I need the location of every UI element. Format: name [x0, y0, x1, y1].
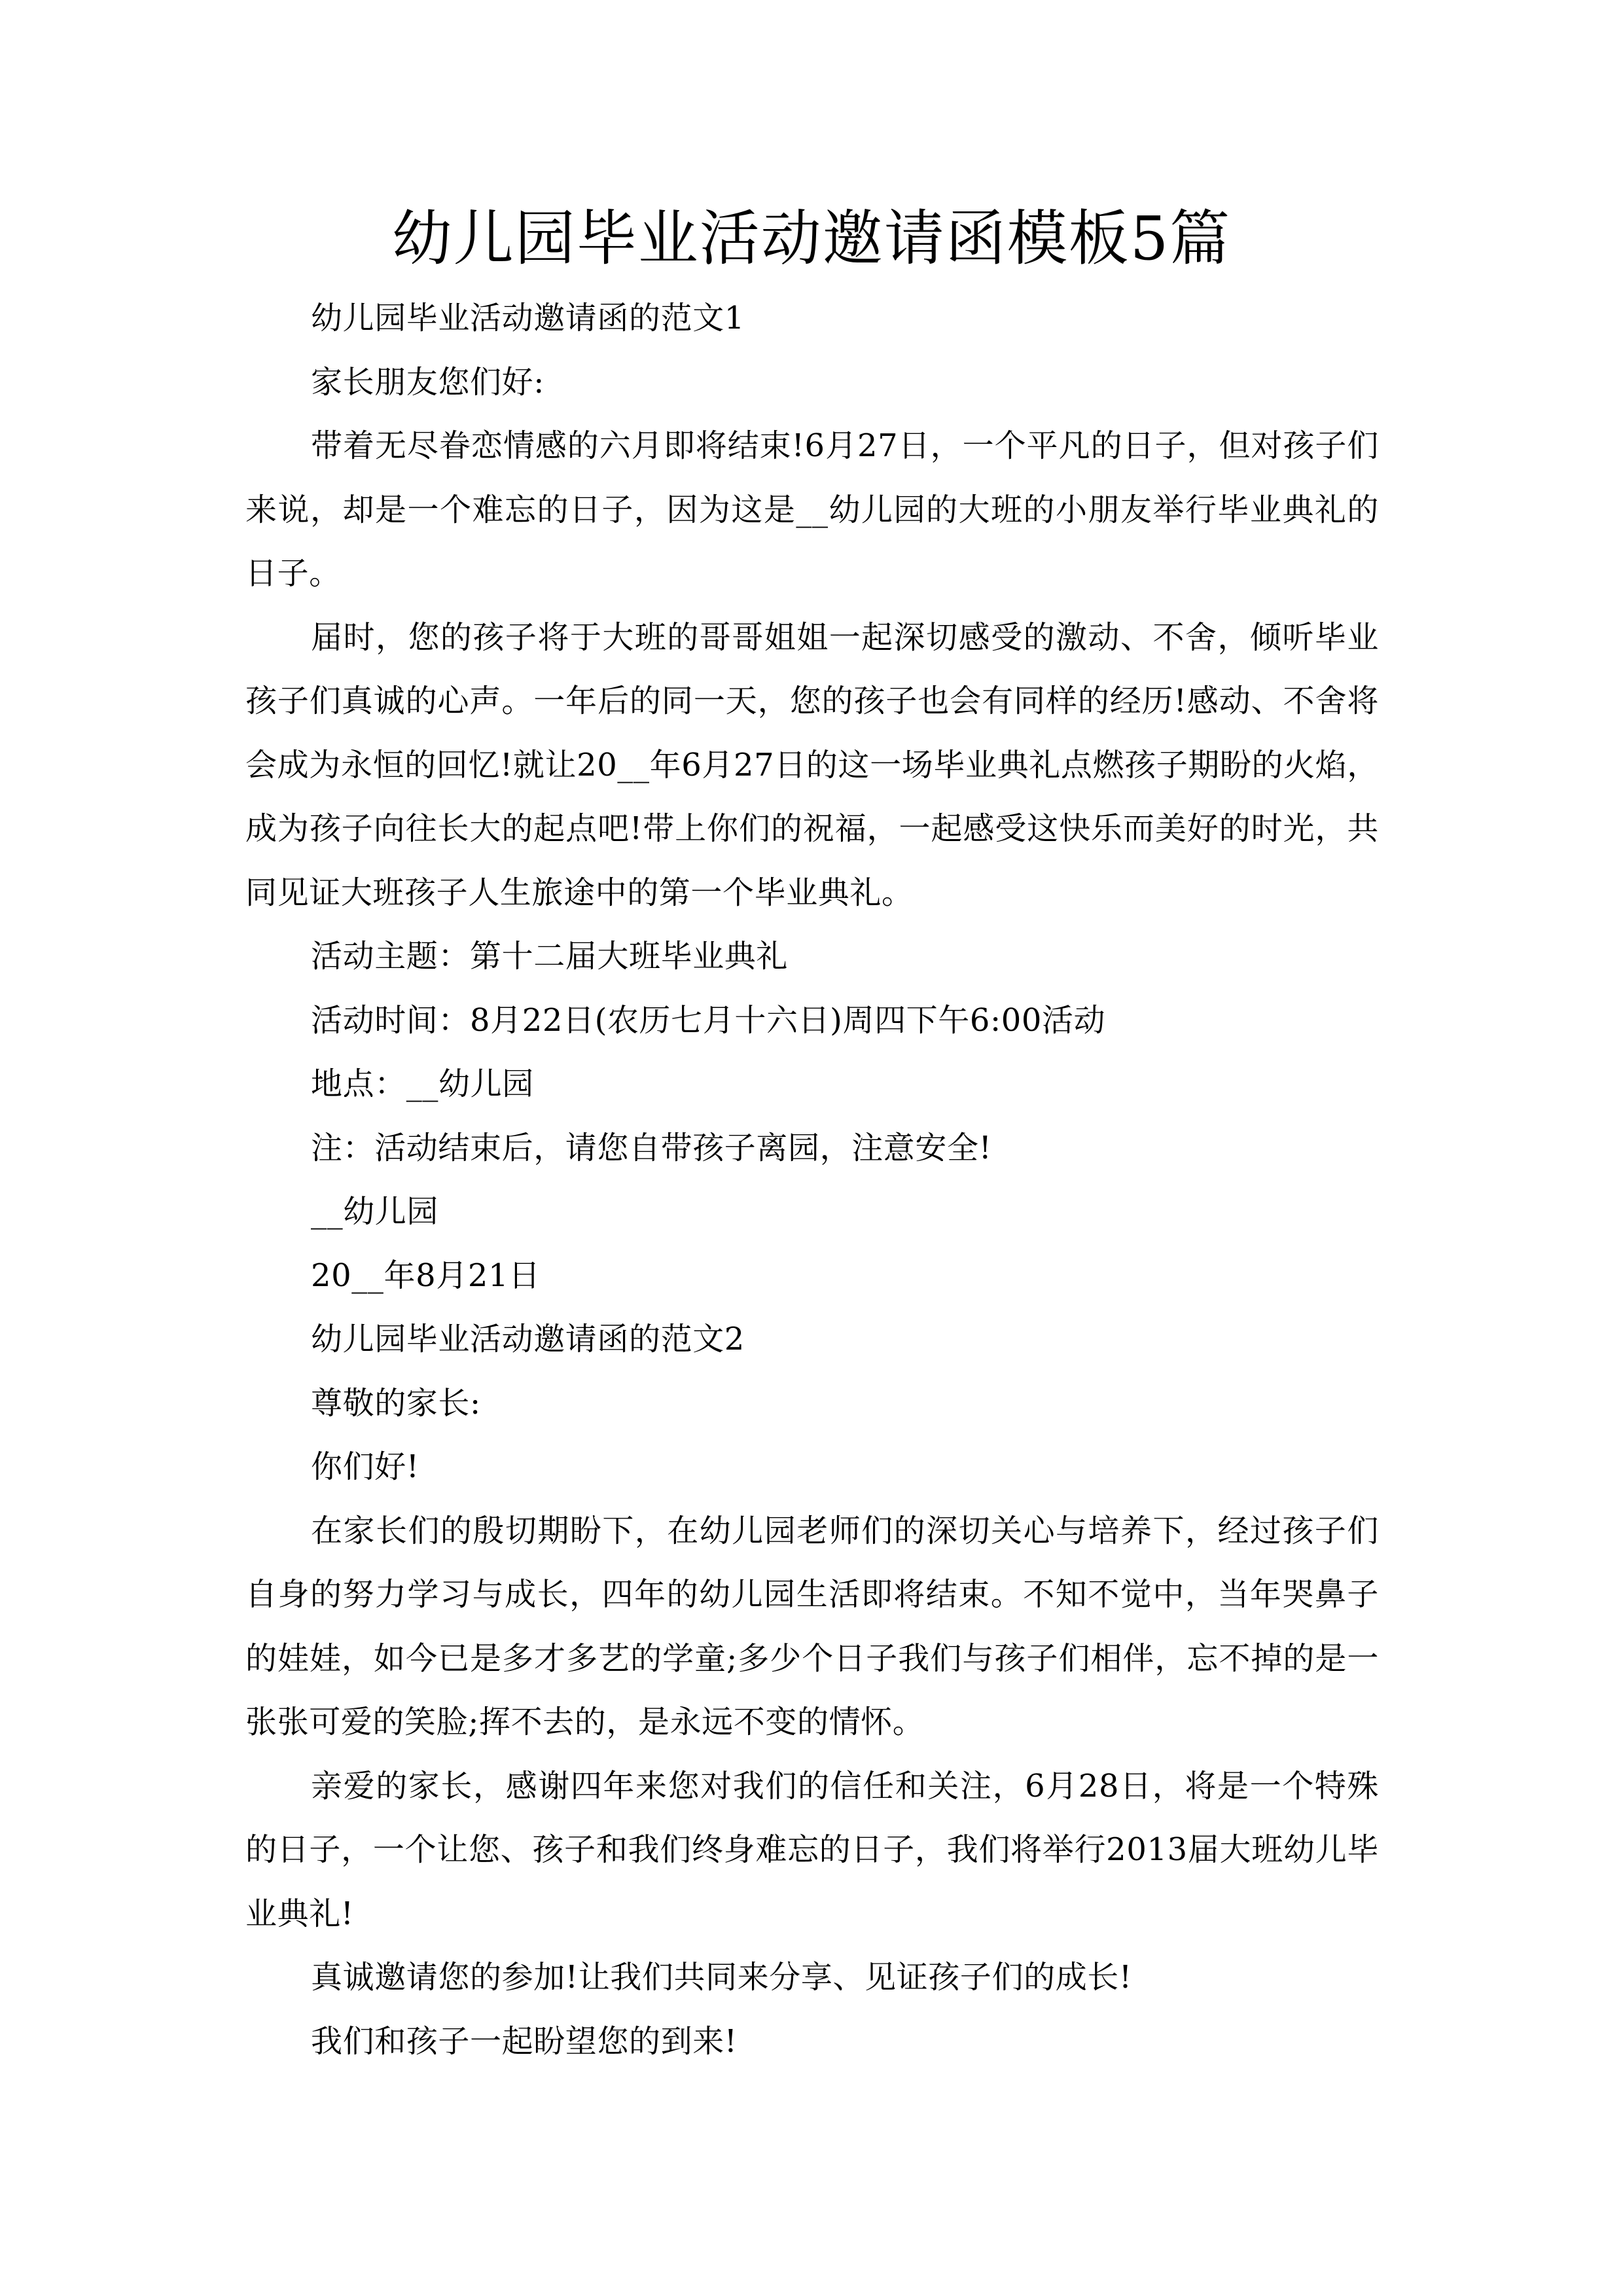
activity-theme: 活动主题：第十二届大班毕业典礼 — [245, 925, 1379, 989]
salutation-2: 尊敬的家长: — [245, 1372, 1379, 1436]
section-heading-2: 幼儿园毕业活动邀请函的范文2 — [245, 1308, 1379, 1372]
paragraph: 在家长们的殷切期盼下，在幼儿园老师们的深切关心与培养下，经过孩子们自身的努力学习… — [245, 1499, 1379, 1755]
greeting: 你们好! — [245, 1435, 1379, 1499]
activity-location: 地点：__幼儿园 — [245, 1052, 1379, 1117]
paragraph: 真诚邀请您的参加!让我们共同来分享、见证孩子们的成长! — [245, 1946, 1379, 2010]
activity-note: 注：活动结束后，请您自带孩子离园，注意安全! — [245, 1117, 1379, 1181]
document-title: 幼儿园毕业活动邀请函模板5篇 — [0, 196, 1623, 281]
signature-org: __幼儿园 — [245, 1180, 1379, 1244]
paragraph: 我们和孩子一起盼望您的到来! — [245, 2010, 1379, 2074]
signature-date: 20__年8月21日 — [245, 1244, 1379, 1308]
paragraph: 届时，您的孩子将于大班的哥哥姐姐一起深切感受的激动、不舍，倾听毕业孩子们真诚的心… — [245, 606, 1379, 925]
activity-time: 活动时间：8月22日(农历七月十六日)周四下午6:00活动 — [245, 989, 1379, 1053]
document-body: 幼儿园毕业活动邀请函的范文1 家长朋友您们好: 带着无尽眷恋情感的六月即将结束!… — [245, 287, 1379, 2073]
salutation-1: 家长朋友您们好: — [245, 351, 1379, 415]
section-heading-1: 幼儿园毕业活动邀请函的范文1 — [245, 287, 1379, 351]
document-page: 幼儿园毕业活动邀请函模板5篇 幼儿园毕业活动邀请函的范文1 家长朋友您们好: 带… — [0, 0, 1623, 2296]
paragraph: 带着无尽眷恋情感的六月即将结束!6月27日，一个平凡的日子，但对孩子们来说，却是… — [245, 414, 1379, 606]
paragraph: 亲爱的家长，感谢四年来您对我们的信任和关注，6月28日，将是一个特殊的日子，一个… — [245, 1755, 1379, 1946]
